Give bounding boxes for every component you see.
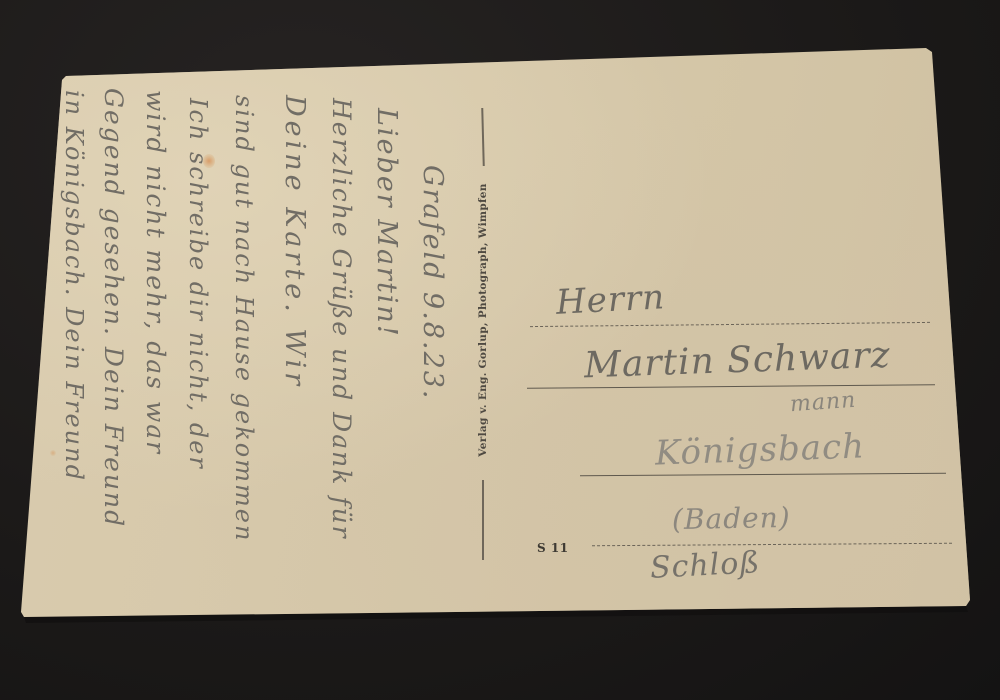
- address-line-3: [580, 473, 946, 477]
- address-street: Schloß: [649, 545, 761, 586]
- message-line: Deine Karte. Wir: [279, 95, 310, 389]
- publisher-imprint: Verlag v. Eng. Gorlup, Photograph, Wimpf…: [477, 183, 489, 456]
- divider-line: [481, 108, 484, 166]
- address-region: (Baden): [672, 501, 791, 536]
- address-salutation: Herrn: [555, 277, 666, 323]
- message-line: in Königsbach. Dein Freund: [60, 90, 88, 482]
- address-line-1: [530, 322, 930, 327]
- address-recipient-annotation: mann: [789, 388, 857, 418]
- address-recipient-name: Martin Schwarz: [583, 335, 891, 387]
- message-line: Gegend gesehen. Dein Freund: [99, 88, 128, 528]
- divider-line: [482, 480, 484, 560]
- message-line: sind gut nach Hause gekommen: [230, 95, 258, 542]
- message-line: wird nicht mehr, das war: [141, 90, 170, 455]
- postcard: Grafeld 9.8.23. Lieber Martin! Herzliche…: [0, 0, 1000, 700]
- message-line: Herzliche Grüße und Dank für: [327, 98, 356, 540]
- series-code: S 11: [537, 541, 569, 555]
- address-city: Königsbach: [654, 426, 865, 473]
- message-line: Grafeld 9.8.23.: [417, 165, 448, 401]
- message-line: Ich schreibe dir nicht, der: [184, 98, 212, 470]
- address-line-4: [592, 543, 952, 547]
- postcard-back-side: Grafeld 9.8.23. Lieber Martin! Herzliche…: [0, 0, 1000, 700]
- message-line: Lieber Martin!: [371, 108, 402, 338]
